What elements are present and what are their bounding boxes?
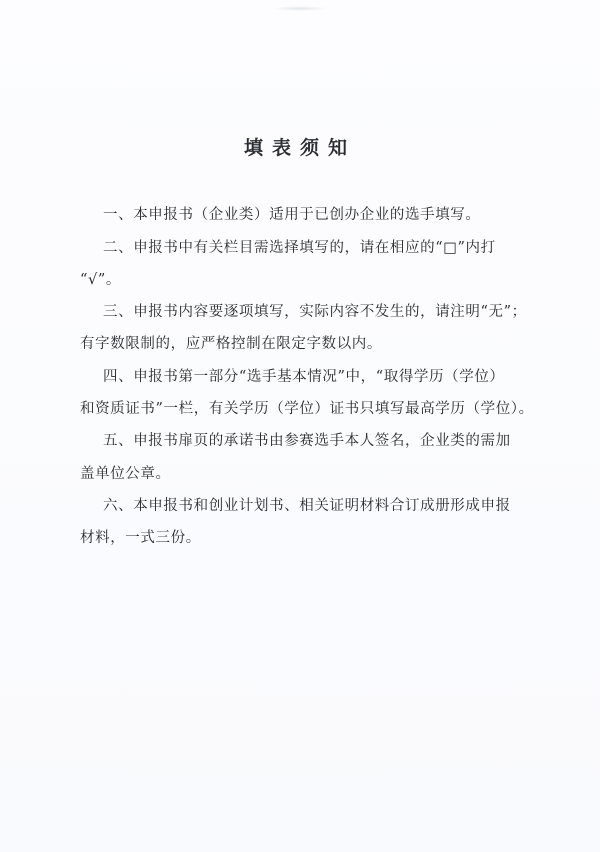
item-2-line-2: “√”。: [80, 268, 121, 289]
item-3-line-2: 有字数限制的，应严格控制在限定字数以内。: [80, 332, 382, 353]
item-6-line-2: 材料，一式三份。: [80, 526, 201, 547]
item-5-line-2: 盖单位公章。: [80, 462, 171, 483]
item-3-line-1: 三、申报书内容要逐项填写，实际内容不发生的，请注明“无”；: [103, 300, 527, 321]
document-page: 填表须知 一、本申报书（企业类）适用于已创办企业的选手填写。 二、申报书中有关栏…: [0, 0, 600, 852]
item-2-line-1: 二、申报书中有关栏目需选择填写的，请在相应的“□”内打: [103, 236, 496, 257]
item-5-line-1: 五、申报书扉页的承诺书由参赛选手本人签名，企业类的需加: [103, 429, 511, 450]
item-6-line-1: 六、本申报书和创业计划书、相关证明材料合订成册形成申报: [103, 494, 511, 515]
document-title: 填表须知: [0, 133, 600, 160]
item-1-line-1: 一、本申报书（企业类）适用于已创办企业的选手填写。: [103, 203, 481, 224]
item-4-line-2: 和资质证书”一栏，有关学历（学位）证书只填写最高学历（学位）。: [80, 397, 534, 418]
item-4-line-1: 四、申报书第一部分“选手基本情况”中，“取得学历（学位）: [103, 365, 505, 386]
scan-artifact: [272, 6, 328, 11]
